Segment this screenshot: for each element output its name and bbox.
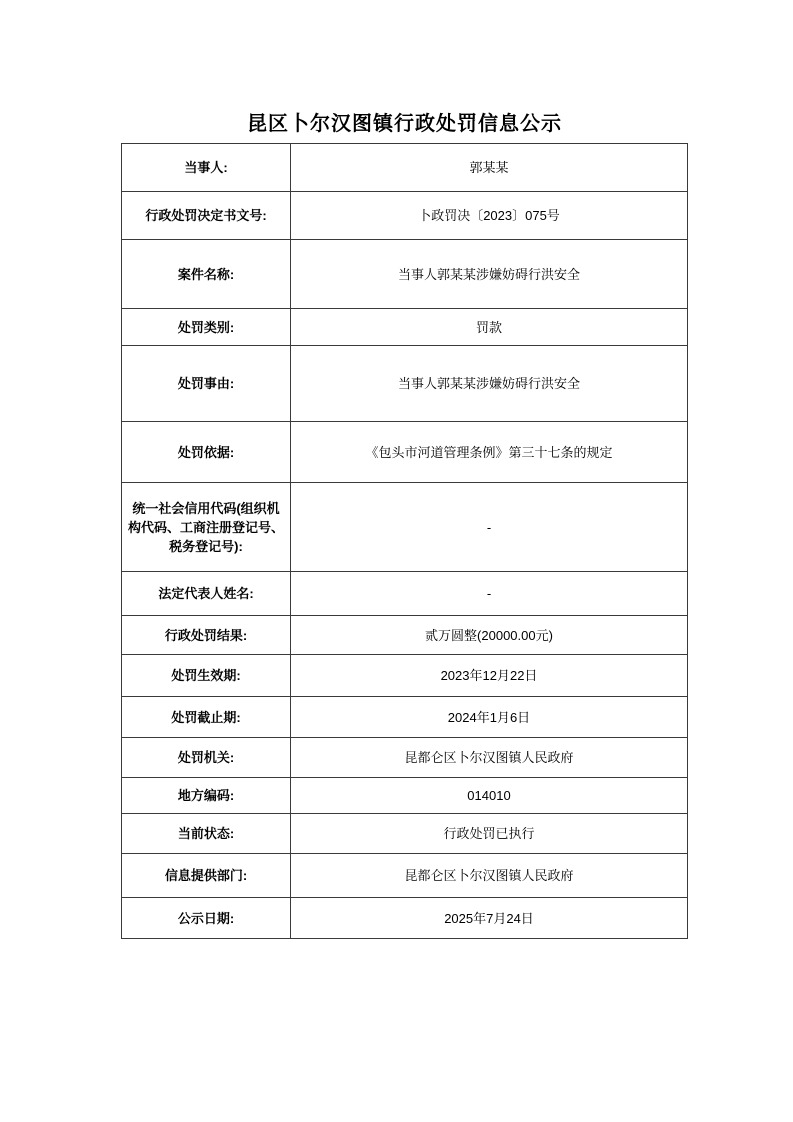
- row-label: 当前状态:: [122, 814, 291, 853]
- penalty-info-table: 当事人: 郭某某 行政处罚决定书文号: 卜政罚决〔2023〕075号 案件名称:…: [121, 143, 688, 939]
- table-row: 统一社会信用代码(组织机构代码、工商注册登记号、税务登记号): -: [122, 482, 687, 571]
- row-value: 贰万圆整(20000.00元): [291, 616, 687, 654]
- row-value: 当事人郭某某涉嫌妨碍行洪安全: [291, 240, 687, 308]
- table-row: 信息提供部门: 昆都仑区卜尔汉图镇人民政府: [122, 853, 687, 897]
- table-row: 处罚截止期: 2024年1月6日: [122, 696, 687, 737]
- row-label: 处罚生效期:: [122, 655, 291, 696]
- row-value: 2023年12月22日: [291, 655, 687, 696]
- table-row: 当事人: 郭某某: [122, 144, 687, 191]
- table-row: 行政处罚结果: 贰万圆整(20000.00元): [122, 615, 687, 654]
- table-row: 处罚机关: 昆都仑区卜尔汉图镇人民政府: [122, 737, 687, 777]
- row-label: 处罚截止期:: [122, 697, 291, 737]
- table-row: 法定代表人姓名: -: [122, 571, 687, 615]
- row-value: 2024年1月6日: [291, 697, 687, 737]
- row-value: 行政处罚已执行: [291, 814, 687, 853]
- row-value: 当事人郭某某涉嫌妨碍行洪安全: [291, 346, 687, 421]
- row-value: 卜政罚决〔2023〕075号: [291, 192, 687, 239]
- row-label: 法定代表人姓名:: [122, 572, 291, 615]
- table-row: 当前状态: 行政处罚已执行: [122, 813, 687, 853]
- table-row: 处罚事由: 当事人郭某某涉嫌妨碍行洪安全: [122, 345, 687, 421]
- row-value: 2025年7月24日: [291, 898, 687, 938]
- row-label: 统一社会信用代码(组织机构代码、工商注册登记号、税务登记号):: [122, 483, 291, 571]
- table-row: 行政处罚决定书文号: 卜政罚决〔2023〕075号: [122, 191, 687, 239]
- row-label: 地方编码:: [122, 778, 291, 813]
- row-label: 处罚依据:: [122, 422, 291, 482]
- row-label: 处罚机关:: [122, 738, 291, 777]
- row-value: -: [291, 483, 687, 571]
- row-value: 昆都仑区卜尔汉图镇人民政府: [291, 854, 687, 897]
- page-title: 昆区卜尔汉图镇行政处罚信息公示: [121, 111, 688, 137]
- row-value: 《包头市河道管理条例》第三十七条的规定: [291, 422, 687, 482]
- row-value: 罚款: [291, 309, 687, 345]
- table-row: 地方编码: 014010: [122, 777, 687, 813]
- row-value: 昆都仑区卜尔汉图镇人民政府: [291, 738, 687, 777]
- table-row: 处罚依据: 《包头市河道管理条例》第三十七条的规定: [122, 421, 687, 482]
- row-label: 公示日期:: [122, 898, 291, 938]
- row-label: 案件名称:: [122, 240, 291, 308]
- row-label: 行政处罚结果:: [122, 616, 291, 654]
- row-label: 处罚事由:: [122, 346, 291, 421]
- row-value: -: [291, 572, 687, 615]
- table-row: 案件名称: 当事人郭某某涉嫌妨碍行洪安全: [122, 239, 687, 308]
- table-row: 处罚类别: 罚款: [122, 308, 687, 345]
- row-label: 行政处罚决定书文号:: [122, 192, 291, 239]
- table-row: 处罚生效期: 2023年12月22日: [122, 654, 687, 696]
- row-label: 信息提供部门:: [122, 854, 291, 897]
- row-value: 郭某某: [291, 144, 687, 191]
- row-label: 当事人:: [122, 144, 291, 191]
- row-value: 014010: [291, 778, 687, 813]
- document-page: 昆区卜尔汉图镇行政处罚信息公示 当事人: 郭某某 行政处罚决定书文号: 卜政罚决…: [0, 0, 793, 1122]
- table-row: 公示日期: 2025年7月24日: [122, 897, 687, 938]
- row-label: 处罚类别:: [122, 309, 291, 345]
